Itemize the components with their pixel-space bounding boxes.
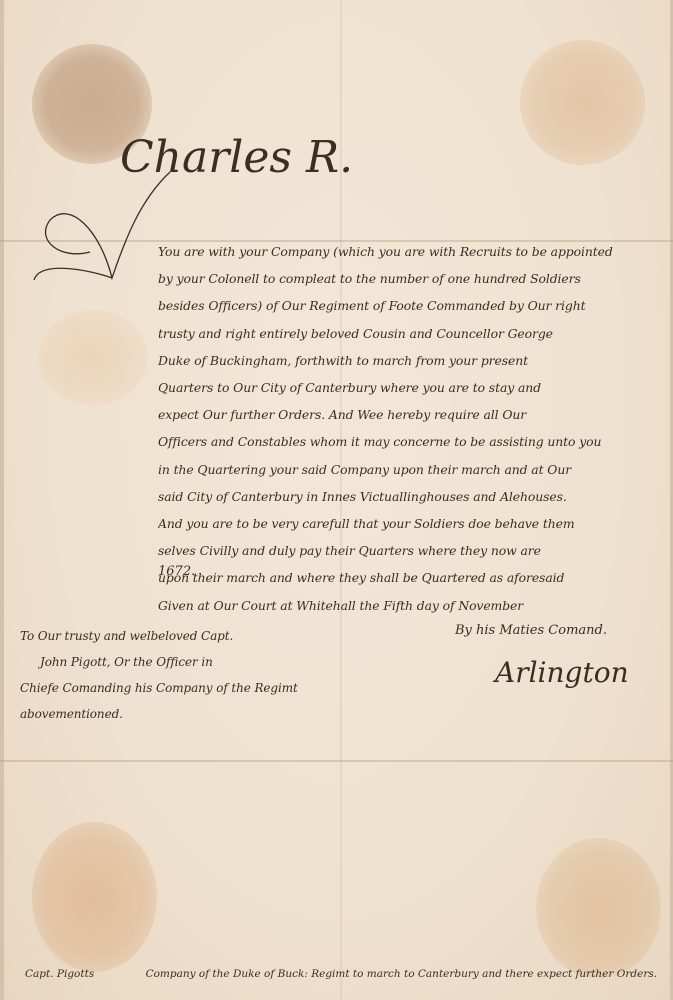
body-line: in the Quartering your said Company upon… [158,456,663,483]
warrant-body: You are with your Company (which you are… [158,238,663,619]
date-year: 1672. [158,564,195,579]
stain-middle-left [38,310,148,405]
body-line: upon their march and where they shall be… [158,564,663,591]
body-line: Given at Our Court at Whitehall the Fift… [158,592,663,619]
body-line: by your Colonell to compleat to the numb… [158,265,663,292]
countersign-line: By his Maties Comand. [455,623,607,638]
address-block: To Our trusty and welbeloved Capt. John … [20,623,298,727]
wax-seal-stain-bottom-right [536,838,661,978]
body-line: You are with your Company (which you are… [158,238,663,265]
body-line: expect Our further Orders. And Wee hereb… [158,401,663,428]
body-line: said City of Canterbury in Innes Victual… [158,483,663,510]
body-line: Duke of Buckingham, forthwith to march f… [158,347,663,374]
endorsement-left: Capt. Pigotts [25,968,94,980]
document-page: Charles R. You are with your Company (wh… [0,0,673,1000]
address-line: abovementioned. [20,701,298,727]
wax-seal-stain-top-right [520,40,645,165]
fold-line-lower [0,760,673,762]
body-line: Officers and Constables whom it may conc… [158,428,663,455]
secretary-signature: Arlington [495,656,629,689]
endorsement-right: Company of the Duke of Buck: Regimt to m… [146,968,658,980]
address-line: To Our trusty and welbeloved Capt. [20,623,298,649]
body-line: Quarters to Our City of Canterbury where… [158,374,663,401]
body-line: besides Officers) of Our Regiment of Foo… [158,292,663,319]
body-line: And you are to be very carefull that you… [158,510,663,537]
endorsement: Capt. Pigotts Company of the Duke of Buc… [25,968,665,980]
address-line: John Pigott, Or the Officer in [20,649,298,675]
wax-seal-stain-bottom-left [32,822,157,972]
body-line: selves Civilly and duly pay their Quarte… [158,537,663,564]
body-line: trusty and right entirely beloved Cousin… [158,320,663,347]
paper-edge-left [0,0,4,1000]
address-line: Chiefe Comanding his Company of the Regi… [20,675,298,701]
royal-signature: Charles R. [120,132,353,183]
